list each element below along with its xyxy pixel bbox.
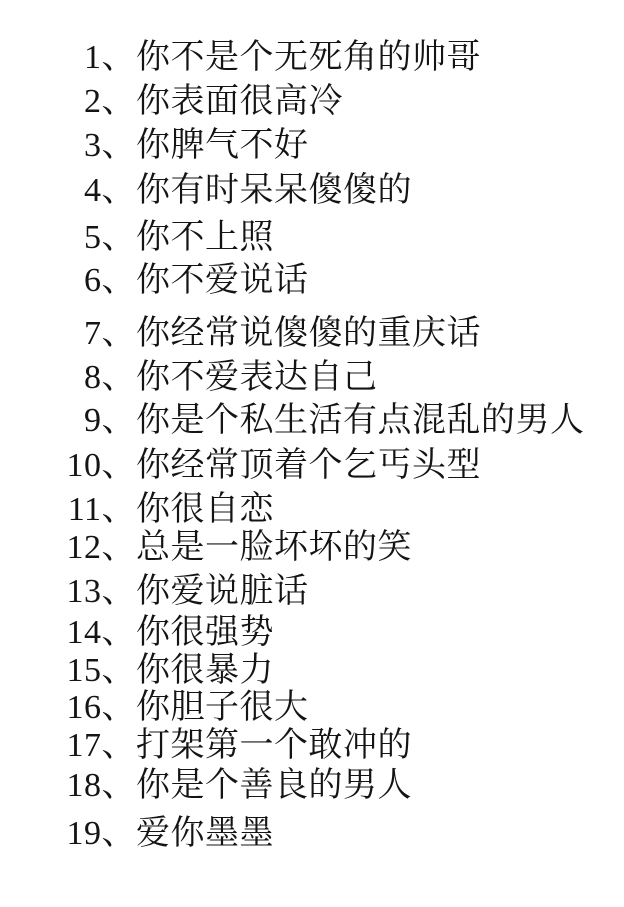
item-text: 你是个私生活有点混乱的男人 — [136, 401, 624, 441]
list-item: 6、 你不爱说话 — [0, 261, 624, 301]
item-number: 10、 — [0, 446, 136, 486]
item-number: 6、 — [0, 261, 136, 301]
list-item: 5、 你不上照 — [0, 218, 624, 258]
list-item: 17、 打架第一个敢冲的 — [0, 726, 624, 766]
list-item: 18、 你是个善良的男人 — [0, 766, 624, 806]
item-number: 1、 — [0, 38, 136, 78]
document-page: 1、 你不是个无死角的帅哥 2、 你表面很高冷 3、 你脾气不好 4、 你有时呆… — [0, 0, 624, 907]
item-text: 你不是个无死角的帅哥 — [136, 38, 624, 78]
item-text: 你不爱表达自己 — [136, 358, 624, 398]
list-item: 2、 你表面很高冷 — [0, 82, 624, 122]
list-item: 9、 你是个私生活有点混乱的男人 — [0, 401, 624, 441]
item-number: 15、 — [0, 651, 136, 691]
item-text: 你爱说脏话 — [136, 572, 624, 612]
list-item: 7、 你经常说傻傻的重庆话 — [0, 314, 624, 354]
item-number: 2、 — [0, 82, 136, 122]
item-text: 你很自恋 — [136, 490, 624, 530]
item-text: 你经常说傻傻的重庆话 — [136, 314, 624, 354]
item-number: 12、 — [0, 528, 136, 568]
item-text: 你经常顶着个乞丐头型 — [136, 446, 624, 486]
item-text: 你表面很高冷 — [136, 82, 624, 122]
list-item: 14、 你很强势 — [0, 613, 624, 653]
item-number: 16、 — [0, 688, 136, 728]
list-item: 4、 你有时呆呆傻傻的 — [0, 171, 624, 211]
item-text: 你胆子很大 — [136, 688, 624, 728]
list-item: 15、 你很暴力 — [0, 651, 624, 691]
list-item: 3、 你脾气不好 — [0, 126, 624, 166]
item-number: 8、 — [0, 358, 136, 398]
item-text: 总是一脸坏坏的笑 — [136, 528, 624, 568]
item-text: 你很暴力 — [136, 651, 624, 691]
item-number: 19、 — [0, 814, 136, 854]
item-text: 你不爱说话 — [136, 261, 624, 301]
item-text: 你不上照 — [136, 218, 624, 258]
item-number: 4、 — [0, 171, 136, 211]
item-text: 你是个善良的男人 — [136, 766, 624, 806]
list-item: 13、 你爱说脏话 — [0, 572, 624, 612]
item-number: 7、 — [0, 314, 136, 354]
list-item: 11、 你很自恋 — [0, 490, 624, 530]
list-item: 19、 爱你墨墨 — [0, 814, 624, 854]
item-number: 14、 — [0, 613, 136, 653]
list-item: 8、 你不爱表达自己 — [0, 358, 624, 398]
item-number: 17、 — [0, 726, 136, 766]
list-item: 12、 总是一脸坏坏的笑 — [0, 528, 624, 568]
list-item: 10、 你经常顶着个乞丐头型 — [0, 446, 624, 486]
item-number: 5、 — [0, 218, 136, 258]
item-text: 你有时呆呆傻傻的 — [136, 171, 624, 211]
item-number: 11、 — [0, 490, 136, 530]
list-item: 16、 你胆子很大 — [0, 688, 624, 728]
item-number: 13、 — [0, 572, 136, 612]
item-text: 你很强势 — [136, 613, 624, 653]
item-number: 9、 — [0, 401, 136, 441]
item-text: 你脾气不好 — [136, 126, 624, 166]
item-number: 3、 — [0, 126, 136, 166]
list-item: 1、 你不是个无死角的帅哥 — [0, 38, 624, 78]
item-text: 打架第一个敢冲的 — [136, 726, 624, 766]
item-number: 18、 — [0, 766, 136, 806]
item-text: 爱你墨墨 — [136, 814, 624, 854]
